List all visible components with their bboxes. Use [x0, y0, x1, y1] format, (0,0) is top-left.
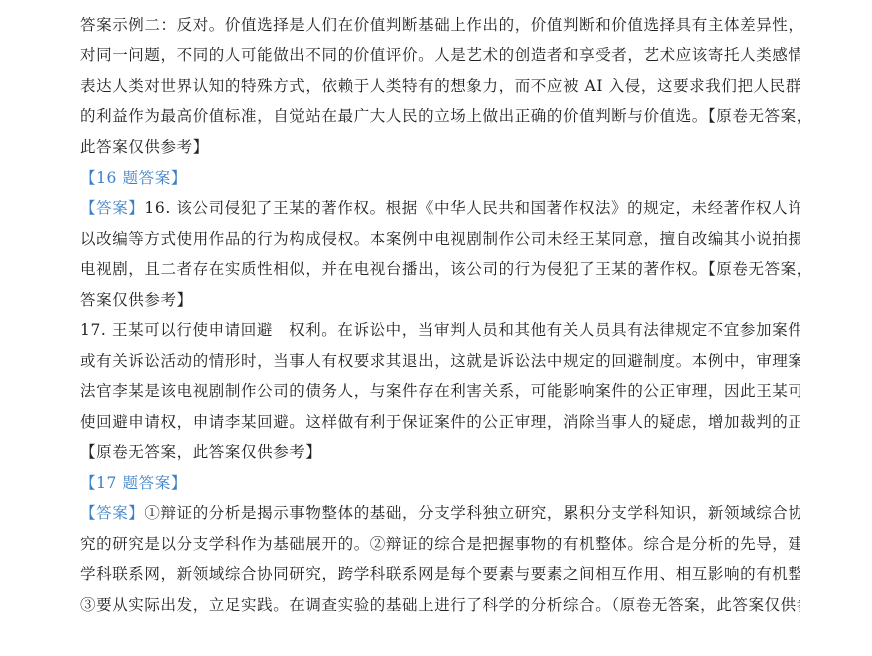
q17-answer-label: 【答案】 — [80, 504, 144, 522]
q17-line-4: 使回避申请权，申请李某回避。这样做有利于保证案件的公正审理，消除当事人的疑虑，增… — [80, 410, 800, 434]
q16-line-2: 以改编等方式使用作品的行为构成侵权。本案例中电视剧制作公司未经王某同意，擅自改编… — [80, 227, 800, 251]
q17-answer-line-1-text: ①辩证的分析是揭示事物整体的基础，分支学科独立研究，累积分支学科知识，新领域综合… — [144, 504, 800, 522]
q17-answer-line-4: ③要从实际出发，立足实践。在调查实验的基础上进行了科学的分析综合。（原卷无答案，… — [80, 593, 800, 617]
q17-answer-line-2: 究的研究是以分支学科作为基础展开的。②辩证的综合是把握事物的有机整体。综合是分析… — [80, 532, 800, 556]
q17-answer-line-3: 学科联系网，新领域综合协同研究，跨学科联系网是每个要素与要素之间相互作用、相互影… — [80, 562, 800, 586]
q16-answer-label: 【答案】 — [80, 199, 144, 217]
example2-line-3: 表达人类对世界认知的特殊方式，依赖于人类特有的想象力，而不应被 AI 入侵，这要… — [80, 74, 800, 98]
q17-heading: 【17 题答案】 — [80, 471, 800, 495]
q17-line-1: 17. 王某可以行使申请回避 权利。在诉讼中，当审判人员和其他有关人员具有法律规… — [80, 318, 800, 342]
example2-line-1: 答案示例二：反对。价值选择是人们在价值判断基础上作出的，价值判断和价值选择具有主… — [80, 13, 800, 37]
q16-line-1: 【答案】16. 该公司侵犯了王某的著作权。根据《中华人民共和国著作权法》的规定，… — [80, 196, 800, 220]
q16-heading: 【16 题答案】 — [80, 166, 800, 190]
q17-line-3: 法官李某是该电视剧制作公司的债务人，与案件存在利害关系，可能影响案件的公正审理，… — [80, 379, 800, 403]
document-page: 答案示例二：反对。价值选择是人们在价值判断基础上作出的，价值判断和价值选择具有主… — [0, 0, 872, 656]
example2-line-4: 的利益作为最高价值标准，自觉站在最广大人民的立场上做出正确的价值判断与价值选。【… — [80, 104, 800, 128]
q16-line-1-text: 16. 该公司侵犯了王某的著作权。根据《中华人民共和国著作权法》的规定，未经著作… — [144, 199, 800, 217]
q17-line-5: 【原卷无答案，此答案仅供参考】 — [80, 440, 800, 464]
q17-answer-line-1: 【答案】①辩证的分析是揭示事物整体的基础，分支学科独立研究，累积分支学科知识，新… — [80, 501, 800, 525]
q17-line-2: 或有关诉讼活动的情形时，当事人有权要求其退出，这就是诉讼法中规定的回避制度。本例… — [80, 349, 800, 373]
q16-line-3: 电视剧，且二者存在实质性相似，并在电视台播出，该公司的行为侵犯了王某的著作权。【… — [80, 257, 800, 281]
q16-line-4: 答案仅供参考】 — [80, 288, 800, 312]
example2-line-5: 此答案仅供参考】 — [80, 135, 800, 159]
example2-line-2: 对同一问题，不同的人可能做出不同的价值评价。人是艺术的创造者和享受者，艺术应该寄… — [80, 43, 800, 67]
